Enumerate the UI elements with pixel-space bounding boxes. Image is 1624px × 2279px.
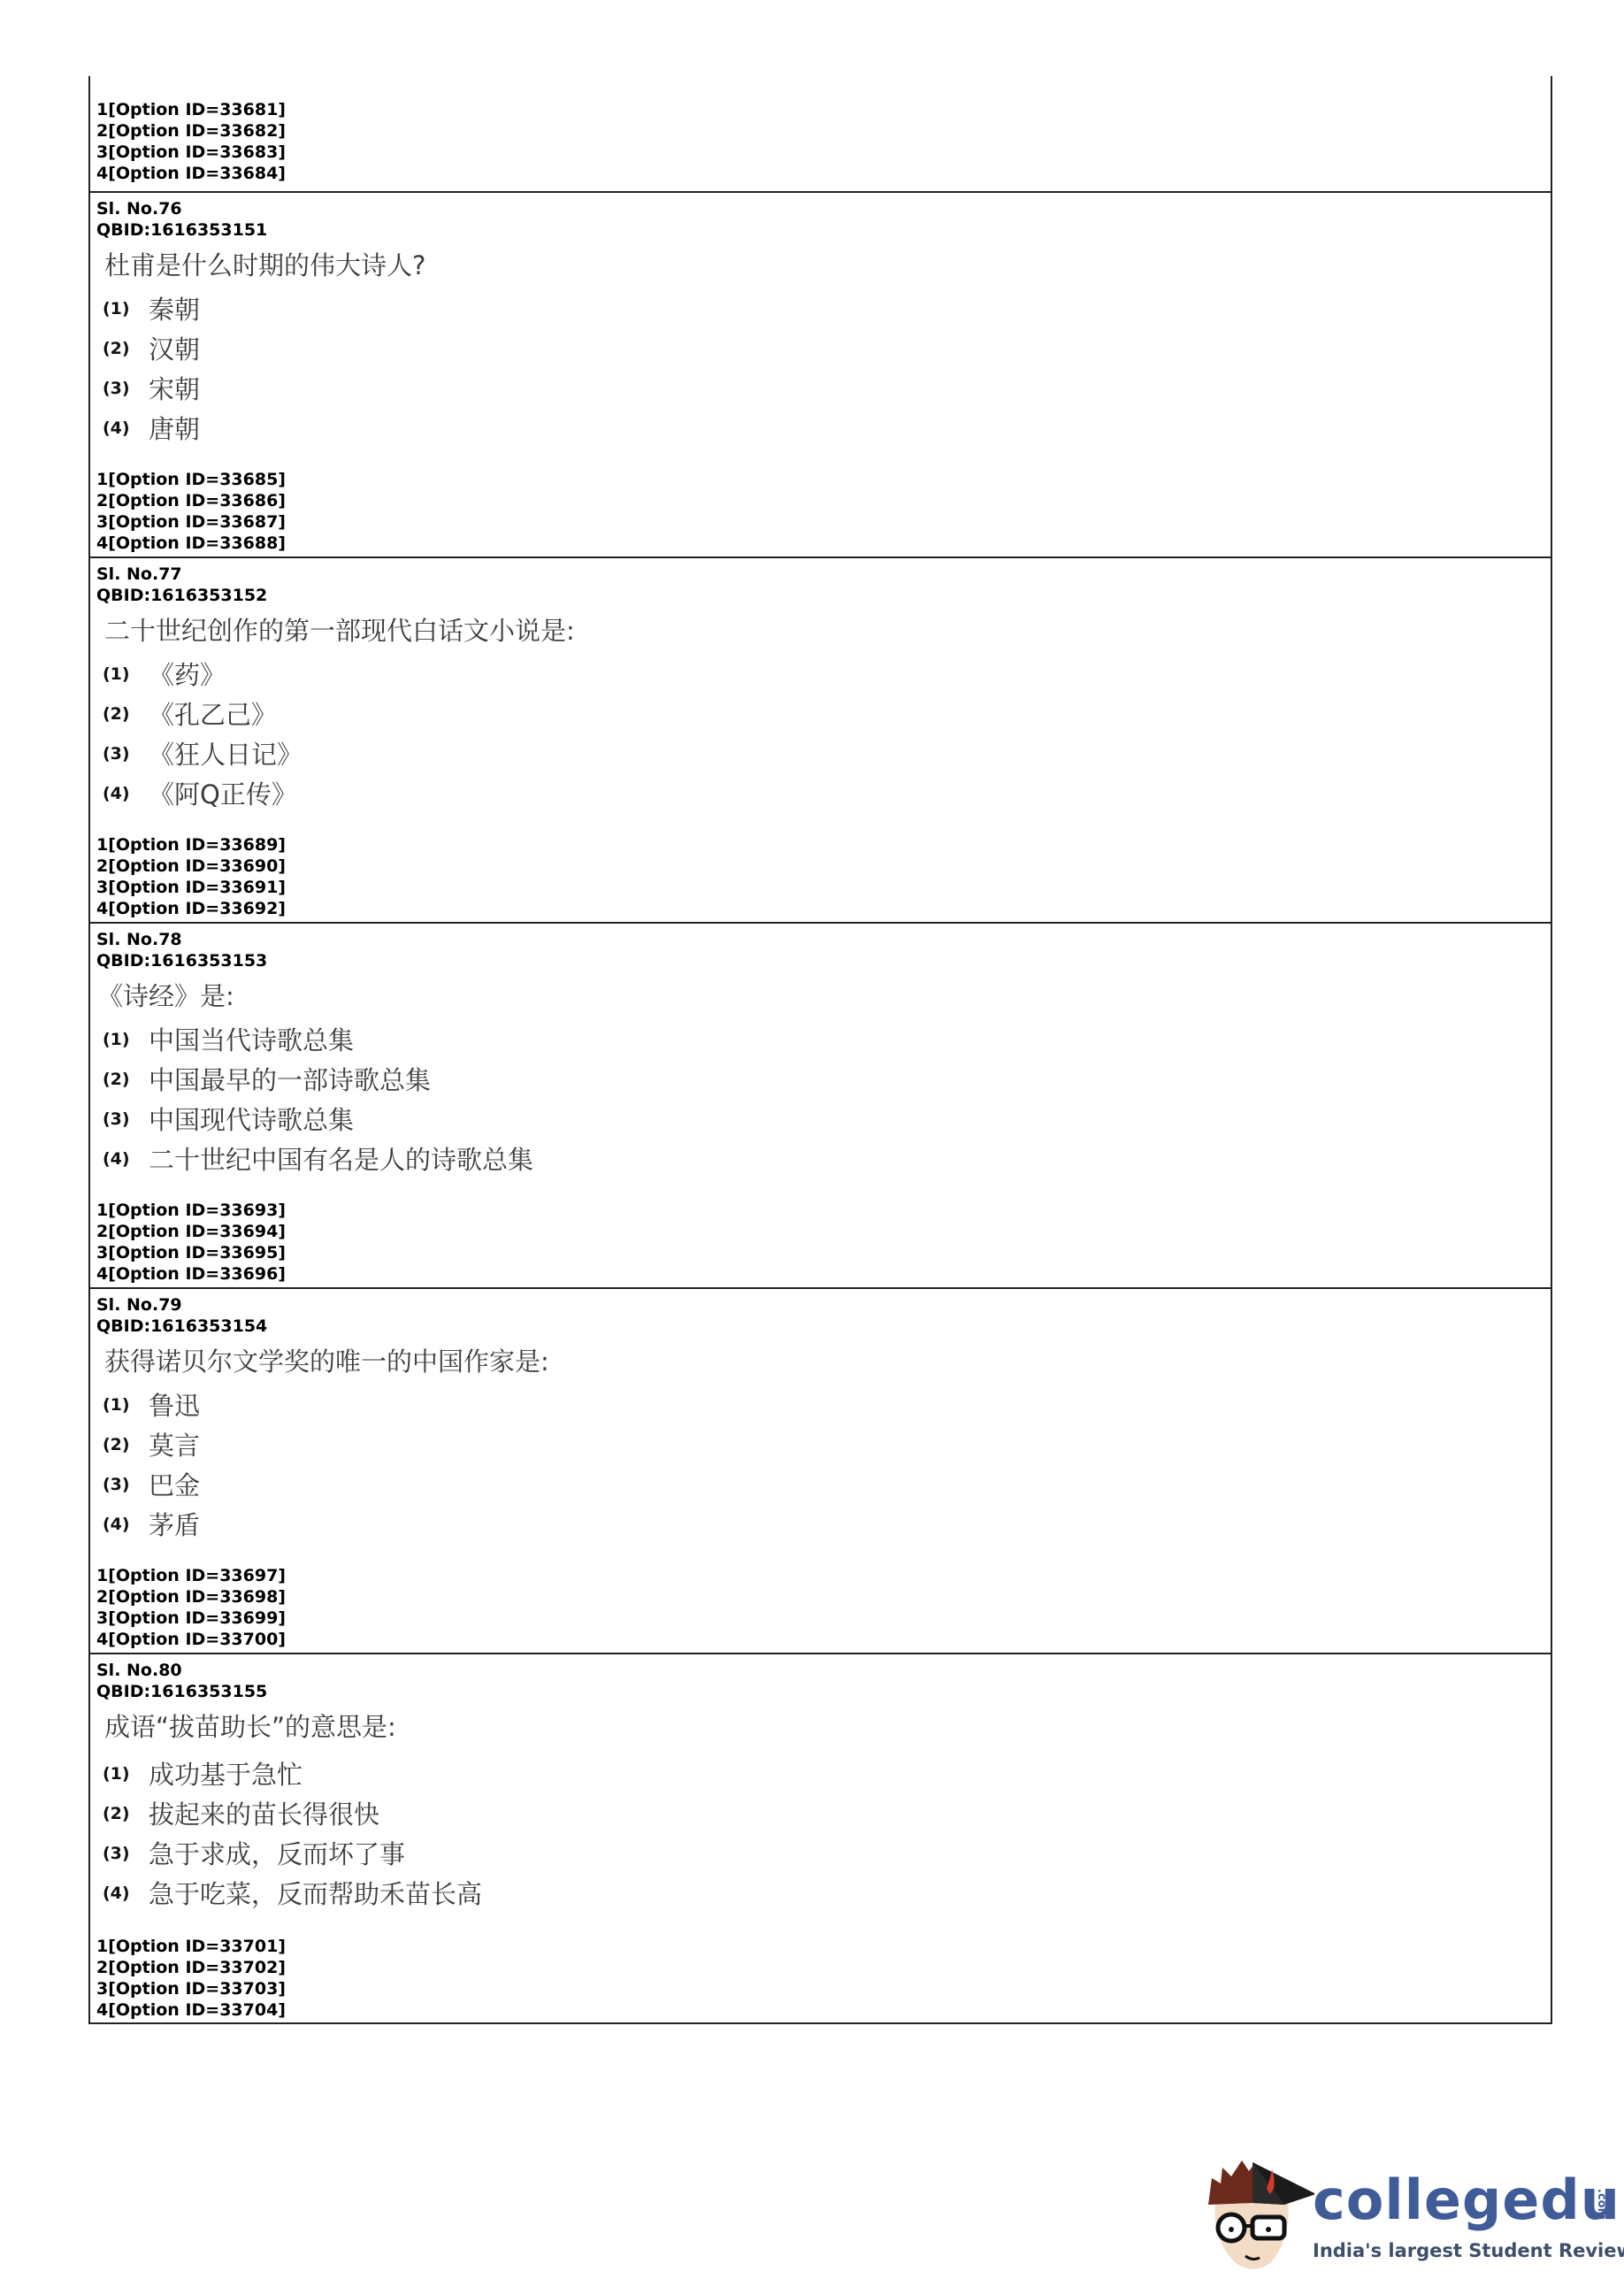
option-item: (4)茅盾 — [103, 1504, 200, 1544]
option-id: 4[Option ID=33700] — [96, 1629, 286, 1650]
option-id: 1[Option ID=33681] — [96, 99, 286, 120]
question-text: 《诗经》是: — [97, 980, 234, 1012]
question-meta: Sl. No.78 QBID:1616353153 — [96, 929, 267, 971]
option-text: 急于求成，反而坏了事 — [149, 1835, 405, 1871]
option-label: (4) — [103, 784, 149, 803]
option-id: 1[Option ID=33701] — [96, 1936, 286, 1957]
option-id: 4[Option ID=33692] — [96, 898, 286, 919]
option-label: (4) — [103, 1149, 149, 1169]
serial-number: Sl. No.79 — [96, 1294, 267, 1316]
option-label: (3) — [103, 1844, 149, 1863]
option-id: 2[Option ID=33698] — [96, 1586, 286, 1608]
option-item: (3)巴金 — [103, 1464, 200, 1504]
option-text: 秦朝 — [149, 290, 200, 326]
option-label: (3) — [103, 1109, 149, 1129]
option-id: 1[Option ID=33685] — [96, 469, 286, 490]
question-paper-table: 1[Option ID=33681] 2[Option ID=33682] 3[… — [88, 76, 1552, 2024]
option-id: 4[Option ID=33684] — [96, 163, 286, 184]
option-item: (4)急于吃菜，反而帮助禾苗长高 — [103, 1873, 482, 1913]
option-text: 宋朝 — [149, 370, 200, 406]
option-item: (3)宋朝 — [103, 368, 200, 408]
option-item: (1)鲁迅 — [103, 1385, 200, 1424]
option-label: (1) — [103, 1395, 149, 1415]
option-id-list: 1[Option ID=33693] 2[Option ID=33694] 3[… — [96, 1200, 286, 1285]
serial-number: Sl. No.76 — [96, 198, 267, 219]
option-id: 2[Option ID=33694] — [96, 1221, 286, 1242]
question-meta: Sl. No.77 QBID:1616353152 — [96, 564, 267, 606]
question-text: 成语“拔苗助长”的意思是: — [104, 1711, 396, 1743]
qbid: QBID:1616353153 — [96, 950, 267, 971]
option-text: 《阿Q正传》 — [149, 775, 297, 811]
option-label: (1) — [103, 299, 149, 318]
option-label: (2) — [103, 1070, 149, 1089]
option-id-list: 1[Option ID=33689] 2[Option ID=33690] 3[… — [96, 834, 286, 919]
previous-question-tail: 1[Option ID=33681] 2[Option ID=33682] 3[… — [90, 76, 1551, 193]
option-id: 3[Option ID=33691] — [96, 877, 286, 898]
option-id-list: 1[Option ID=33685] 2[Option ID=33686] 3[… — [96, 469, 286, 554]
option-id: 2[Option ID=33690] — [96, 856, 286, 877]
option-label: (3) — [103, 1475, 149, 1494]
option-item: (3)中国现代诗歌总集 — [103, 1099, 533, 1139]
option-id: 4[Option ID=33704] — [96, 1999, 286, 2021]
serial-number: Sl. No.77 — [96, 564, 267, 585]
option-label: (4) — [103, 1515, 149, 1534]
option-label: (3) — [103, 744, 149, 764]
question-meta: Sl. No.80 QBID:1616353155 — [96, 1660, 267, 1702]
brand-domain-suffix: .com — [1595, 2189, 1608, 2220]
qbid: QBID:1616353154 — [96, 1316, 267, 1337]
option-list: (1)《药》 (2)《孔乙己》 (3)《狂人日记》 (4)《阿Q正传》 — [103, 654, 303, 813]
option-label: (4) — [103, 418, 149, 438]
option-label: (1) — [103, 1764, 149, 1784]
option-item: (2)莫言 — [103, 1424, 200, 1464]
option-list: (1)鲁迅 (2)莫言 (3)巴金 (4)茅盾 — [103, 1385, 200, 1544]
option-item: (1)中国当代诗歌总集 — [103, 1019, 533, 1059]
question-block: Sl. No.78 QBID:1616353153 《诗经》是: (1)中国当代… — [90, 924, 1551, 1289]
option-id-list: 1[Option ID=33701] 2[Option ID=33702] 3[… — [96, 1936, 286, 2021]
option-id: 1[Option ID=33697] — [96, 1565, 286, 1586]
option-id: 3[Option ID=33699] — [96, 1608, 286, 1629]
option-text: 拔起来的苗长得很快 — [149, 1795, 379, 1831]
option-text: 二十世纪中国有名是人的诗歌总集 — [149, 1140, 533, 1177]
option-item: (1)成功基于急忙 — [103, 1753, 482, 1793]
option-text: 中国现代诗歌总集 — [149, 1101, 354, 1137]
option-label: (3) — [103, 379, 149, 398]
option-text: 莫言 — [149, 1426, 200, 1462]
option-id: 2[Option ID=33702] — [96, 1957, 286, 1978]
option-id: 4[Option ID=33696] — [96, 1263, 286, 1285]
option-text: 汉朝 — [149, 330, 200, 366]
option-text: 《狂人日记》 — [149, 735, 303, 771]
option-item: (1)《药》 — [103, 654, 303, 694]
option-id: 3[Option ID=33683] — [96, 142, 286, 163]
option-label: (4) — [103, 1884, 149, 1903]
serial-number: Sl. No.78 — [96, 929, 267, 950]
question-text: 获得诺贝尔文学奖的唯一的中国作家是: — [104, 1346, 549, 1377]
option-id-list: 1[Option ID=33697] 2[Option ID=33698] 3[… — [96, 1565, 286, 1650]
question-block: Sl. No.79 QBID:1616353154 获得诺贝尔文学奖的唯一的中国… — [90, 1289, 1551, 1654]
option-list: (1)中国当代诗歌总集 (2)中国最早的一部诗歌总集 (3)中国现代诗歌总集 (… — [103, 1019, 533, 1178]
option-label: (2) — [103, 1435, 149, 1454]
option-text: 唐朝 — [149, 410, 200, 446]
option-item: (4)《阿Q正传》 — [103, 773, 303, 813]
option-item: (2)中国最早的一部诗歌总集 — [103, 1059, 533, 1099]
option-list: (1)秦朝 (2)汉朝 (3)宋朝 (4)唐朝 — [103, 288, 200, 448]
question-block: Sl. No.80 QBID:1616353155 成语“拔苗助长”的意思是: … — [90, 1654, 1551, 2024]
qbid: QBID:1616353152 — [96, 585, 267, 606]
option-id-list: 1[Option ID=33681] 2[Option ID=33682] 3[… — [96, 99, 286, 184]
option-label: (2) — [103, 704, 149, 724]
option-id: 2[Option ID=33682] — [96, 120, 286, 142]
option-text: 茅盾 — [149, 1506, 200, 1542]
option-item: (2)汉朝 — [103, 328, 200, 368]
option-text: 《孔乙己》 — [149, 695, 277, 732]
option-text: 巴金 — [149, 1466, 200, 1502]
option-item: (2)《孔乙己》 — [103, 694, 303, 733]
option-item: (3)《狂人日记》 — [103, 733, 303, 773]
option-item: (4)二十世纪中国有名是人的诗歌总集 — [103, 1139, 533, 1178]
question-block: Sl. No.77 QBID:1616353152 二十世纪创作的第一部现代白话… — [90, 558, 1551, 924]
option-id: 2[Option ID=33686] — [96, 490, 286, 511]
student-mascot-icon — [1199, 2152, 1314, 2275]
option-text: 中国最早的一部诗歌总集 — [149, 1061, 431, 1097]
option-text: 中国当代诗歌总集 — [149, 1021, 354, 1057]
option-item: (4)唐朝 — [103, 408, 200, 448]
option-id: 3[Option ID=33703] — [96, 1978, 286, 1999]
qbid: QBID:1616353155 — [96, 1681, 267, 1702]
brand-name: collegedunia — [1313, 2168, 1624, 2232]
option-item: (3)急于求成，反而坏了事 — [103, 1833, 482, 1873]
option-text: 《药》 — [149, 656, 226, 692]
option-text: 急于吃菜，反而帮助禾苗长高 — [149, 1875, 482, 1911]
option-id: 1[Option ID=33693] — [96, 1200, 286, 1221]
option-list: (1)成功基于急忙 (2)拔起来的苗长得很快 (3)急于求成，反而坏了事 (4)… — [103, 1753, 482, 1913]
question-block: Sl. No.76 QBID:1616353151 杜甫是什么时期的伟大诗人? … — [90, 193, 1551, 558]
question-text: 二十世纪创作的第一部现代白话文小说是: — [104, 615, 575, 647]
question-text: 杜甫是什么时期的伟大诗人? — [104, 249, 425, 281]
option-label: (1) — [103, 1030, 149, 1049]
option-id: 4[Option ID=33688] — [96, 533, 286, 554]
option-id: 3[Option ID=33687] — [96, 511, 286, 533]
collegedunia-logo: collegedunia .com India's largest Studen… — [1199, 2152, 1615, 2275]
option-item: (2)拔起来的苗长得很快 — [103, 1793, 482, 1833]
option-text: 鲁迅 — [149, 1386, 200, 1423]
option-item: (1)秦朝 — [103, 288, 200, 328]
option-label: (2) — [103, 1804, 149, 1823]
option-id: 3[Option ID=33695] — [96, 1242, 286, 1263]
option-text: 成功基于急忙 — [149, 1755, 303, 1792]
question-meta: Sl. No.79 QBID:1616353154 — [96, 1294, 267, 1337]
question-meta: Sl. No.76 QBID:1616353151 — [96, 198, 267, 241]
qbid: QBID:1616353151 — [96, 219, 267, 241]
option-id: 1[Option ID=33689] — [96, 834, 286, 856]
brand-tagline: India's largest Student Review Platform — [1313, 2240, 1624, 2261]
option-label: (2) — [103, 339, 149, 358]
serial-number: Sl. No.80 — [96, 1660, 267, 1681]
option-label: (1) — [103, 664, 149, 684]
